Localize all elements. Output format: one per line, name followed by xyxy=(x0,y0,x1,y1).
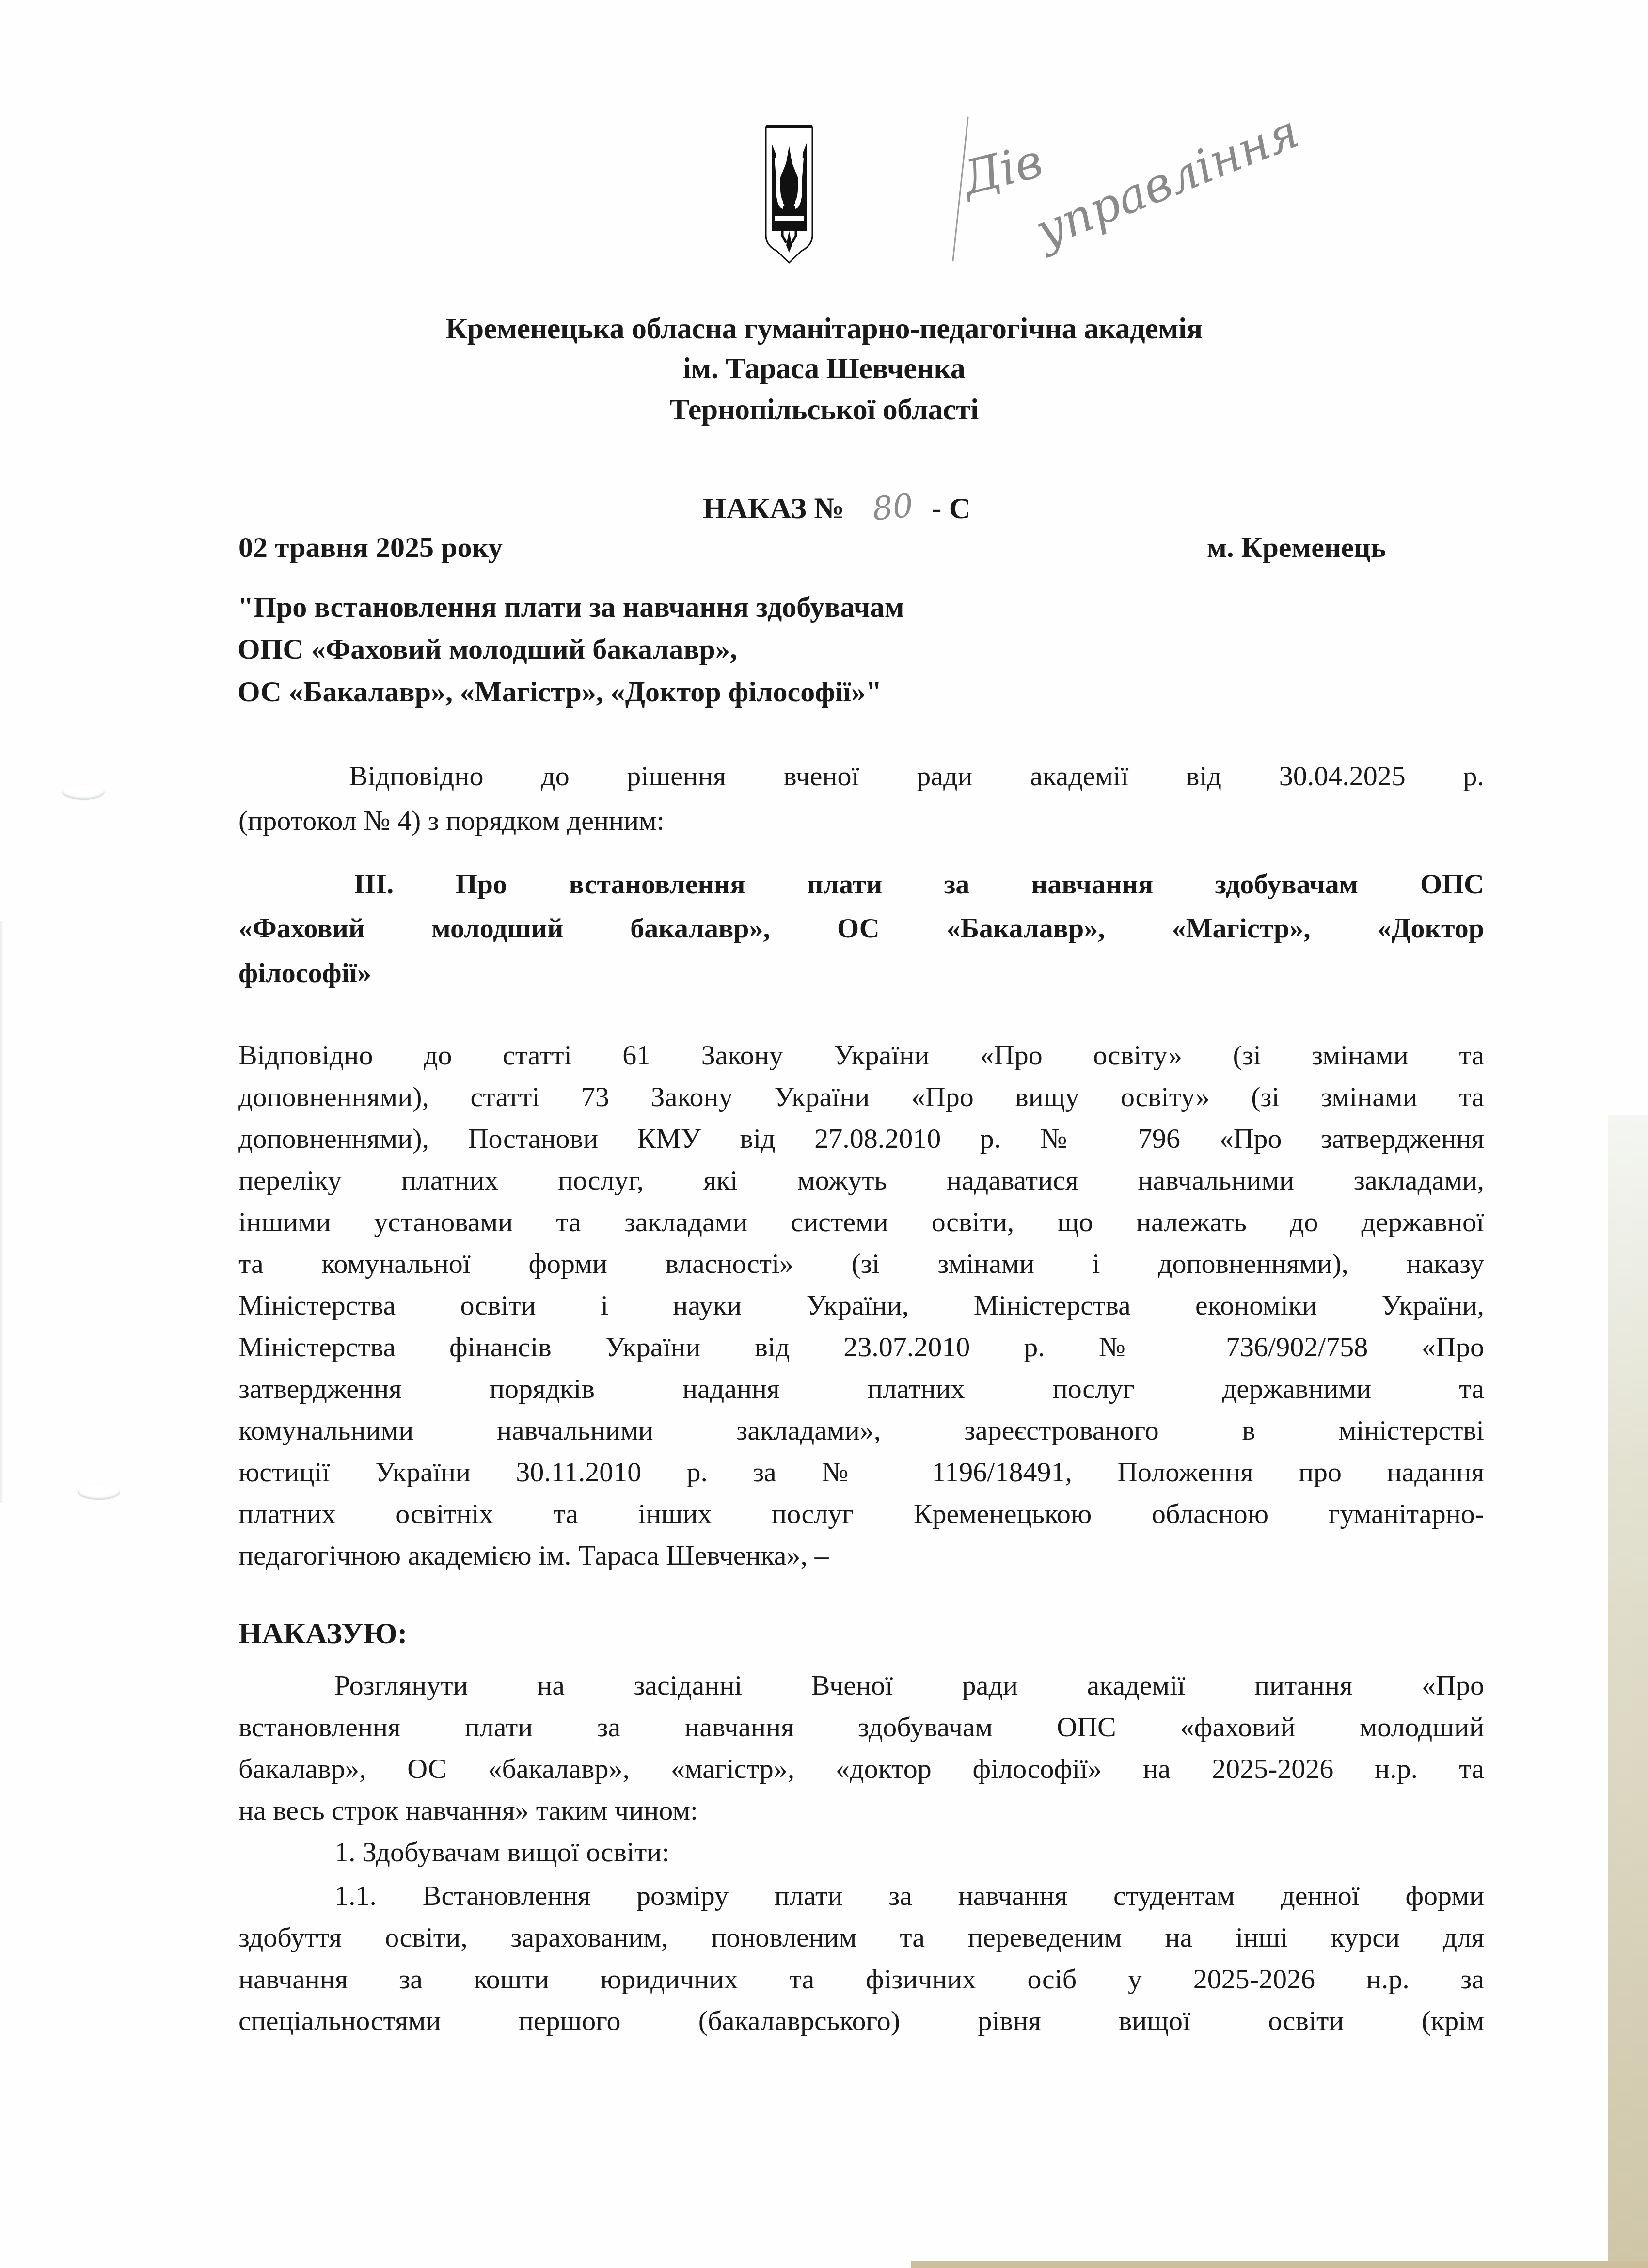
scan-edge-left xyxy=(0,921,4,1503)
order-date: 02 травня 2025 року xyxy=(238,531,503,564)
handwriting-stroke xyxy=(952,117,968,262)
handwritten-resolution: Дів управління xyxy=(950,97,1338,291)
agenda-item-line-1: ІІІ. Про встановлення плати за навчання … xyxy=(354,870,1484,898)
order-number-handwritten: 80 xyxy=(871,487,915,528)
legal-basis-line: та комунальної форми власності» (зі змін… xyxy=(238,1250,1484,1278)
legal-basis-line: переліку платних послуг, які можуть нада… xyxy=(238,1166,1484,1194)
punch-hole-top xyxy=(62,784,105,800)
item-1: 1. Здобувачам вищої освіти: xyxy=(334,1838,1484,1866)
handwritten-line-2: управління xyxy=(1030,108,1305,255)
agenda-item-line-3: філософії» xyxy=(238,959,1484,987)
legal-basis-line: комунальними навчальними закладами», зар… xyxy=(238,1416,1484,1444)
institution-region: Тернопільської області xyxy=(0,393,1648,427)
order-title: НАКАЗ №80- С xyxy=(703,489,971,526)
legal-basis-line: Міністерства освіти і науки України, Мін… xyxy=(238,1291,1484,1319)
item-1-1-line: навчання за кошти юридичних та фізичних … xyxy=(238,1965,1484,1993)
scan-edge-bottom xyxy=(911,2261,1648,2268)
decision-line: встановлення плати за навчання здобувача… xyxy=(238,1713,1484,1741)
order-suffix: - С xyxy=(932,492,971,525)
subject-line-2: ОПС «Фаховий молодший бакалавр», xyxy=(238,633,737,666)
preamble-line-1: Відповідно до рішення вченої ради академ… xyxy=(349,762,1484,790)
legal-basis-line: педагогічною академією ім. Тараса Шевчен… xyxy=(238,1541,1484,1570)
preamble-line-2: (протокол № 4) з порядком денним: xyxy=(238,807,1484,835)
order-directive-heading: НАКАЗУЮ: xyxy=(238,1617,407,1651)
coat-of-arms-icon xyxy=(765,124,813,265)
decision-line: Розглянути на засіданні Вченої ради акад… xyxy=(334,1671,1484,1699)
item-1-1-line: здобуття освіти, зарахованим, поновленим… xyxy=(238,1923,1484,1951)
punch-hole-bottom xyxy=(78,1484,120,1500)
handwritten-line-1: Дів xyxy=(958,137,1047,202)
subject-line-3: ОС «Бакалавр», «Магістр», «Доктор філосо… xyxy=(238,675,882,709)
legal-basis-line: Міністерства фінансів України від 23.07.… xyxy=(238,1333,1484,1361)
decision-line: на весь строк навчання» таким чином: xyxy=(238,1796,1484,1824)
legal-basis-line: юстиції України 30.11.2010 р. за № 1196/… xyxy=(238,1458,1484,1486)
legal-basis-line: платних освітніх та інших послуг Кремене… xyxy=(238,1500,1484,1528)
item-1-1-line: спеціальностями першого (бакалаврського)… xyxy=(238,2007,1484,2035)
order-city: м. Кременець xyxy=(1207,531,1386,564)
order-label: НАКАЗ № xyxy=(703,492,844,525)
legal-basis-line: іншими установами та закладами системи о… xyxy=(238,1208,1484,1236)
legal-basis-line: Відповідно до статті 61 Закону України «… xyxy=(238,1041,1484,1069)
legal-basis-line: затвердження порядків надання платних по… xyxy=(238,1375,1484,1403)
scan-edge-right xyxy=(1608,1115,1648,2268)
item-1-1-line: 1.1. Встановлення розміру плати за навча… xyxy=(334,1882,1484,1910)
institution-named-after: ім. Тараса Шевченка xyxy=(0,351,1648,386)
legal-basis-line: доповненнями), статті 73 Закону України … xyxy=(238,1083,1484,1111)
subject-line-1: "Про встановлення плати за навчання здоб… xyxy=(238,590,904,624)
legal-basis-line: доповненнями), Постанови КМУ від 27.08.2… xyxy=(238,1125,1484,1153)
institution-name: Кременецька обласна гуманітарно-педагогі… xyxy=(0,312,1648,346)
decision-line: бакалавр», ОС «бакалавр», «магістр», «до… xyxy=(238,1755,1484,1783)
agenda-item-line-2: «Фаховий молодший бакалавр», ОС «Бакалав… xyxy=(238,914,1484,942)
document-page: Дів управління Кременецька обласна гуман… xyxy=(0,0,1648,2268)
